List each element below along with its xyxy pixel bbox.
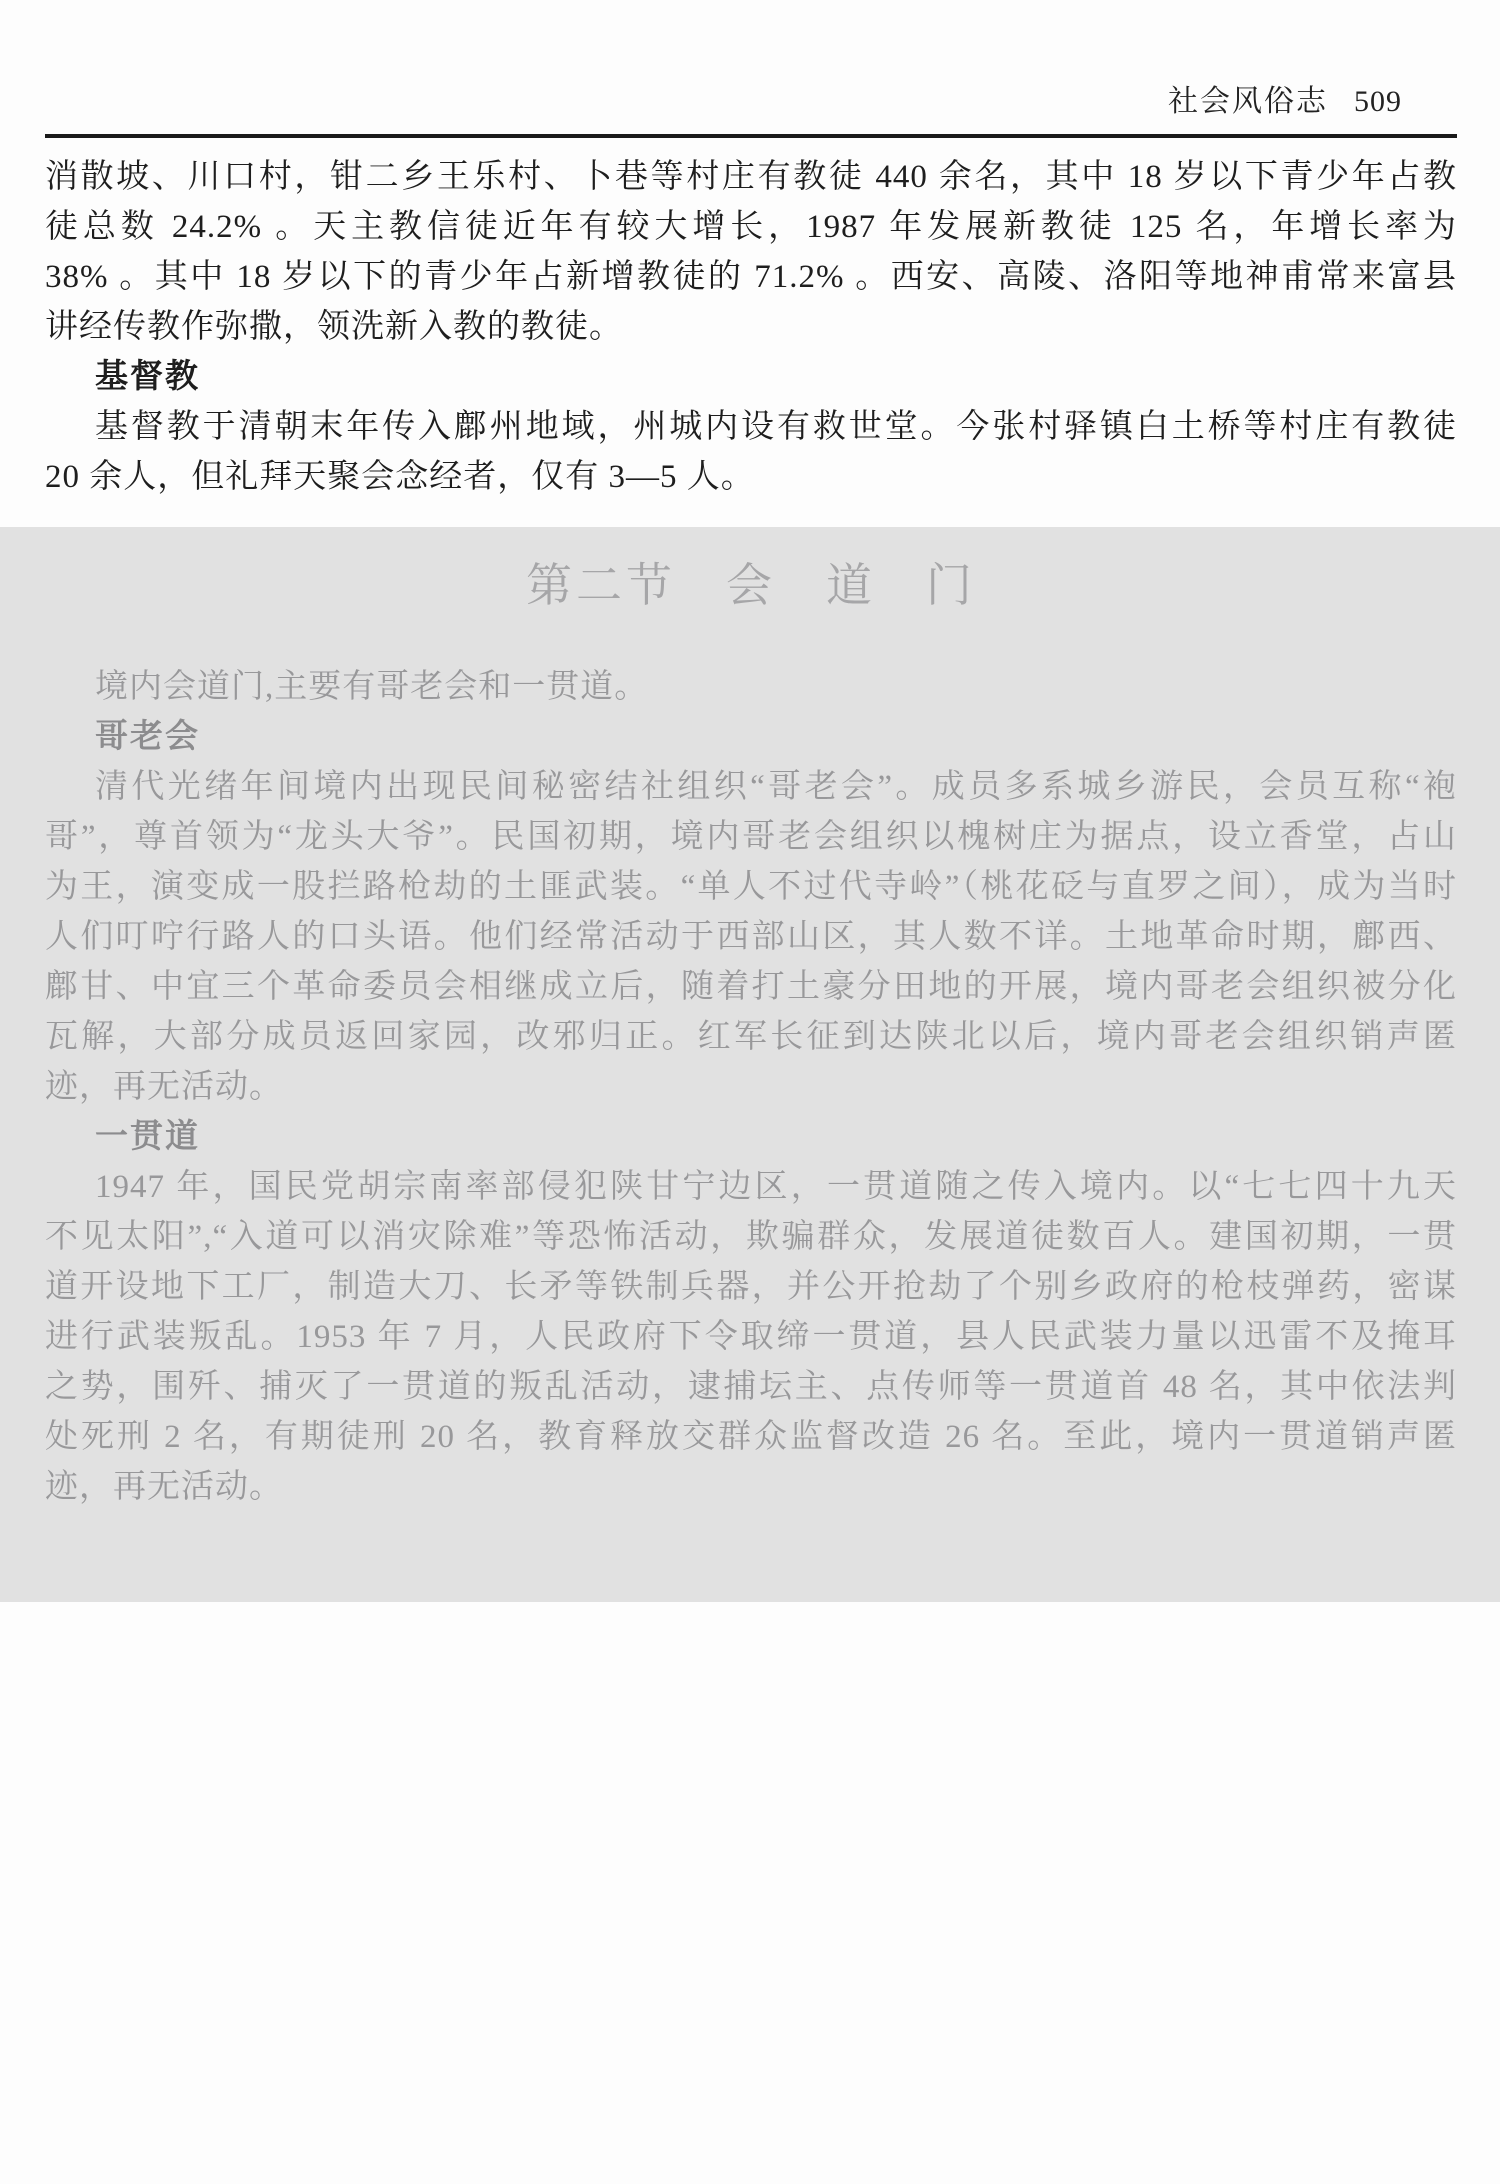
text-line: 消散坡、川口村，钳二乡王乐村、卜巷等村庄有教徒 440 余名，其中 18 岁以下… — [45, 152, 1457, 202]
spacer — [45, 618, 1457, 662]
book-title: 社会风俗志 — [1168, 85, 1328, 118]
paragraph-catholic: 消散坡、川口村，钳二乡王乐村、卜巷等村庄有教徒 440 余名，其中 18 岁以下… — [45, 152, 1457, 352]
text-line: 徒总数 24.2% 。天主教信徒近年有较大增长，1987 年发展新教徒 125 … — [45, 202, 1457, 252]
page-header: 社会风俗志509 — [0, 84, 1402, 120]
text-line: 20 余人，但礼拜天聚会念经者，仅有 3—5 人。 — [45, 452, 1457, 502]
text-line: 处死刑 2 名，有期徒刑 20 名，教育释放交群众监督改造 26 名。至此，境内… — [45, 1412, 1457, 1462]
heading-yiguandao: 一贯道 — [45, 1112, 1457, 1162]
text-line: 1947 年，国民党胡宗南率部侵犯陕甘宁边区，一贯道随之传入境内。以“七七四十九… — [45, 1162, 1457, 1212]
header-rule — [45, 134, 1457, 138]
text-line: 为王，演变成一股拦路枪劫的土匪武装。“单人不过代寺岭”（桃花砭与直罗之间），成为… — [45, 862, 1457, 912]
page-number: 509 — [1354, 85, 1402, 118]
text-line: 不见太阳”,“入道可以消灾除难”等恐怖活动，欺骗群众，发展道徒数百人。建国初期，… — [45, 1212, 1457, 1262]
text-line: 进行武装叛乱。1953 年 7 月，人民政府下令取缔一贯道，县人民武装力量以迅雷… — [45, 1312, 1457, 1362]
section-inner: 第二节 会 道 门 境内会道门,主要有哥老会和一贯道。 哥老会 清代光绪年间境内… — [45, 554, 1457, 1512]
text-line: 鄜甘、中宜三个革命委员会相继成立后，随着打土豪分田地的开展，境内哥老会组织被分化 — [45, 962, 1457, 1012]
text-line: 讲经传教作弥撒，领洗新入教的教徒。 — [45, 302, 1457, 352]
text-line: 道开设地下工厂，制造大刀、长矛等铁制兵器，并公开抢劫了个别乡政府的枪枝弹药，密谋 — [45, 1262, 1457, 1312]
text-line: 清代光绪年间境内出现民间秘密结社组织“哥老会”。成员多系城乡游民，会员互称“袍 — [45, 762, 1457, 812]
heading-gelaohui: 哥老会 — [45, 712, 1457, 762]
text-line: 基督教于清朝末年传入鄜州地域，州城内设有救世堂。今张村驿镇白土桥等村庄有教徒 — [45, 402, 1457, 452]
text-line: 哥”，尊首领为“龙头大爷”。民国初期，境内哥老会组织以槐树庄为据点，设立香堂，占… — [45, 812, 1457, 862]
text-line: 38% 。其中 18 岁以下的青少年占新增教徒的 71.2% 。西安、高陵、洛阳… — [45, 252, 1457, 302]
text-line: 瓦解，大部分成员返回家园，改邪归正。红军长征到达陕北以后，境内哥老会组织销声匿 — [45, 1012, 1457, 1062]
paragraph-yiguandao: 1947 年，国民党胡宗南率部侵犯陕甘宁边区，一贯道随之传入境内。以“七七四十九… — [45, 1162, 1457, 1512]
paragraph-christianity: 基督教于清朝末年传入鄜州地域，州城内设有救世堂。今张村驿镇白土桥等村庄有教徒20… — [45, 402, 1457, 502]
section-intro: 境内会道门,主要有哥老会和一贯道。 — [45, 662, 1457, 712]
section-band: 第二节 会 道 门 境内会道门,主要有哥老会和一贯道。 哥老会 清代光绪年间境内… — [0, 527, 1500, 1602]
scanned-book-page: 社会风俗志509 消散坡、川口村，钳二乡王乐村、卜巷等村庄有教徒 440 余名，… — [0, 0, 1500, 2184]
text-line: 迹，再无活动。 — [45, 1062, 1457, 1112]
paragraph-gelaohui: 清代光绪年间境内出现民间秘密结社组织“哥老会”。成员多系城乡游民，会员互称“袍哥… — [45, 762, 1457, 1112]
heading-christianity: 基督教 — [45, 352, 1457, 402]
text-line: 迹，再无活动。 — [45, 1462, 1457, 1512]
body-content: 消散坡、川口村，钳二乡王乐村、卜巷等村庄有教徒 440 余名，其中 18 岁以下… — [45, 152, 1457, 502]
text-line: 境内会道门,主要有哥老会和一贯道。 — [45, 662, 1457, 712]
text-line: 之势，围歼、捕灭了一贯道的叛乱活动，逮捕坛主、点传师等一贯道首 48 名，其中依… — [45, 1362, 1457, 1412]
section-title: 第二节 会 道 门 — [45, 554, 1457, 618]
text-line: 人们叮咛行路人的口头语。他们经常活动于西部山区，其人数不详。土地革命时期，鄜西、 — [45, 912, 1457, 962]
